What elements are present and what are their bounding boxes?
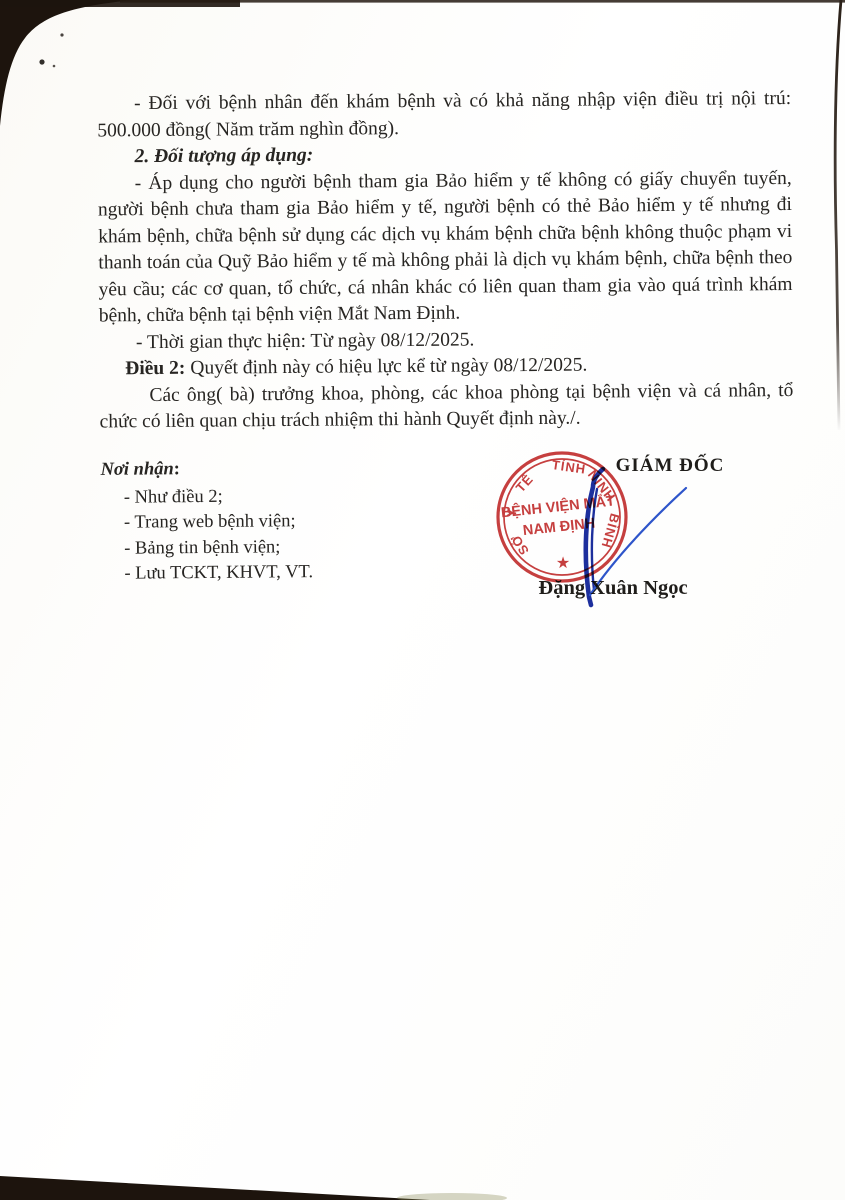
document-body: - Đối với bệnh nhân đến khám bệnh và có …: [97, 86, 794, 436]
article2-label: Điều 2:: [125, 358, 185, 379]
closing-paragraph: Các ông( bà) trưởng khoa, phòng, các kho…: [99, 377, 793, 435]
official-seal: SỞ Y TẾ TỈNH NINH BÌNH BỆNH VIỆN MẮT NAM…: [477, 432, 647, 602]
recipients-label-text: Nơi nhận: [101, 459, 174, 480]
ink-speck: [39, 59, 44, 64]
scan-edge-bottom-wedge: [0, 1176, 430, 1200]
ink-speck: [53, 65, 56, 68]
ink-speck: [60, 33, 63, 36]
recipients-label: Nơi nhận:: [100, 456, 312, 483]
recipient-item: - Bảng tin bệnh viện;: [101, 535, 313, 562]
seal-hospital-name-line1: BỆNH VIỆN MẮT: [500, 491, 616, 521]
scan-edge-right-line: [835, 0, 841, 430]
recipients-block: Nơi nhận: - Như điều 2; - Trang web bệnh…: [100, 456, 313, 587]
seal-ring-word: TẾ: [513, 471, 537, 495]
applicability-paragraph: - Áp dụng cho người bệnh tham gia Bảo hi…: [98, 165, 793, 329]
recipients-label-colon: :: [174, 459, 180, 479]
recipient-item: - Như điều 2;: [101, 484, 313, 511]
recipient-item: - Trang web bệnh viện;: [101, 509, 313, 536]
seal-ring-word: TỈNH: [551, 457, 587, 477]
scan-smudge: [397, 1193, 507, 1200]
fee-line: - Đối với bệnh nhân đến khám bệnh và có …: [97, 86, 791, 144]
seal-hospital-name-line2: NAM ĐỊNH: [522, 516, 596, 539]
article2-text: Quyết định này có hiệu lực kể từ ngày 08…: [190, 355, 587, 379]
scan-edge-top-line: [120, 0, 845, 3]
star-icon: ★: [556, 555, 570, 572]
scanned-document-page: - Đối với bệnh nhân đến khám bệnh và có …: [0, 0, 845, 1200]
recipient-item: - Lưu TCKT, KHVT, VT.: [101, 560, 313, 587]
scan-edge-top-strip: [0, 0, 240, 7]
